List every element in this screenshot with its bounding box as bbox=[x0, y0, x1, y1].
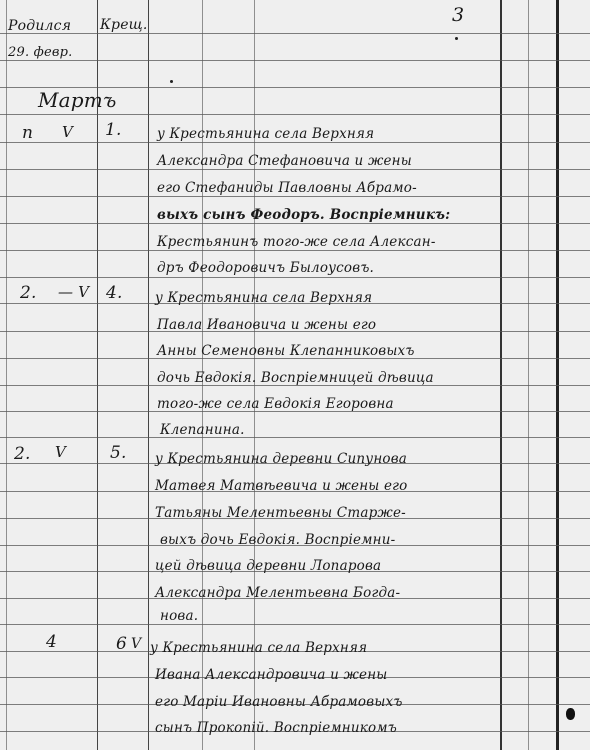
entry-2-born-day: 2. bbox=[20, 283, 37, 303]
entry-3-record-number: 5. bbox=[110, 443, 127, 463]
column-rule-right-1 bbox=[500, 0, 502, 750]
ink-speck bbox=[170, 80, 173, 83]
ruled-line bbox=[0, 114, 590, 115]
entry-2-line-1: у Крестьянина села Верхняя bbox=[155, 290, 372, 306]
entry-3-line-7: нова. bbox=[160, 608, 198, 624]
ruled-line bbox=[0, 60, 590, 61]
entry-3-check-mark: V bbox=[55, 443, 66, 461]
ruled-line bbox=[0, 250, 590, 251]
month-label: Мартъ bbox=[38, 88, 117, 112]
entry-2-check-mark: — V bbox=[58, 283, 89, 301]
entry-4-line-1: у Крестьянина села Верхняя bbox=[150, 640, 367, 656]
entry-3-line-3: Татьяны Мелентьевны Старже- bbox=[155, 505, 406, 521]
date-label: 29. февр. bbox=[8, 45, 73, 60]
entry-1-line-6: дръ Феодоровичъ Былоусовъ. bbox=[157, 260, 374, 276]
entry-2-line-6: Клепанина. bbox=[160, 422, 245, 438]
entry-2-line-5: того-же села Евдокія Егоровна bbox=[157, 396, 394, 412]
entry-1-line-2: Александра Стефановича и жены bbox=[157, 153, 412, 169]
entry-4-line-2: Ивана Александровича и жены bbox=[155, 667, 388, 683]
entry-4-check-mark: V bbox=[131, 636, 141, 652]
column-rule-right-thick bbox=[556, 0, 559, 750]
column-rule-born bbox=[97, 0, 98, 750]
entry-3-line-1: у Крестьянина деревни Сипунова bbox=[155, 451, 407, 467]
entry-2-line-2: Павла Ивановича и жены его bbox=[157, 317, 376, 333]
entry-3-line-5: цей дѣвица деревни Лопарова bbox=[155, 558, 381, 574]
register-page: 3 Родился Крещ. 29. февр. Мартъ п V 1. у… bbox=[0, 0, 590, 750]
ink-speck bbox=[455, 37, 458, 40]
entry-1-line-5: Крестьянинъ того-же села Алексан- bbox=[157, 234, 436, 250]
entry-2-record-number: 4. bbox=[106, 283, 123, 303]
entry-4-born-day: 4 bbox=[46, 632, 57, 652]
left-margin-rule bbox=[6, 0, 7, 750]
entry-1-line-1: у Крестьянина села Верхняя bbox=[157, 126, 374, 142]
ruled-line bbox=[0, 169, 590, 170]
ruled-line bbox=[0, 33, 590, 34]
entry-1-check-mark: V bbox=[62, 123, 73, 141]
ruled-line bbox=[0, 196, 590, 197]
ruled-line bbox=[0, 223, 590, 224]
column-rule-baptized bbox=[148, 0, 149, 750]
entry-3-line-2: Матвея Матвѣевича и жены его bbox=[155, 478, 408, 494]
ruled-line bbox=[0, 142, 590, 143]
column-rule-right-2 bbox=[528, 0, 529, 750]
entry-4-line-4: сынъ Прокопій. Воспріемникомъ bbox=[155, 720, 397, 736]
entry-1-line-3: его Стефаниды Павловны Абрамо- bbox=[157, 180, 417, 196]
page-number: 3 bbox=[452, 4, 464, 26]
entry-3-line-6: Александра Мелентьевна Богда- bbox=[155, 585, 400, 601]
entry-1-born-day: п bbox=[22, 123, 33, 143]
entry-2-line-4: дочь Евдокія. Воспріемницей дѣвица bbox=[157, 370, 434, 386]
entry-1-record-number: 1. bbox=[105, 120, 122, 140]
entry-4-line-3: его Маріи Ивановны Абрамовыхъ bbox=[155, 694, 403, 710]
ruled-line bbox=[0, 437, 590, 438]
ruled-line bbox=[0, 624, 590, 625]
entry-4-record-number: 6 bbox=[116, 634, 127, 654]
entry-1-line-4: выхъ сынъ Феодоръ. Воспріемникъ: bbox=[157, 207, 450, 223]
entry-3-born-day: 2. bbox=[14, 444, 31, 464]
entry-3-line-4: выхъ дочь Евдокія. Воспріемни- bbox=[160, 532, 395, 548]
ink-blot bbox=[566, 708, 575, 720]
column-header-born: Родился bbox=[8, 18, 71, 34]
column-header-baptized: Крещ. bbox=[100, 17, 148, 33]
entry-2-line-3: Анны Семеновны Клепанниковыхъ bbox=[157, 343, 415, 359]
ruled-line bbox=[0, 277, 590, 278]
